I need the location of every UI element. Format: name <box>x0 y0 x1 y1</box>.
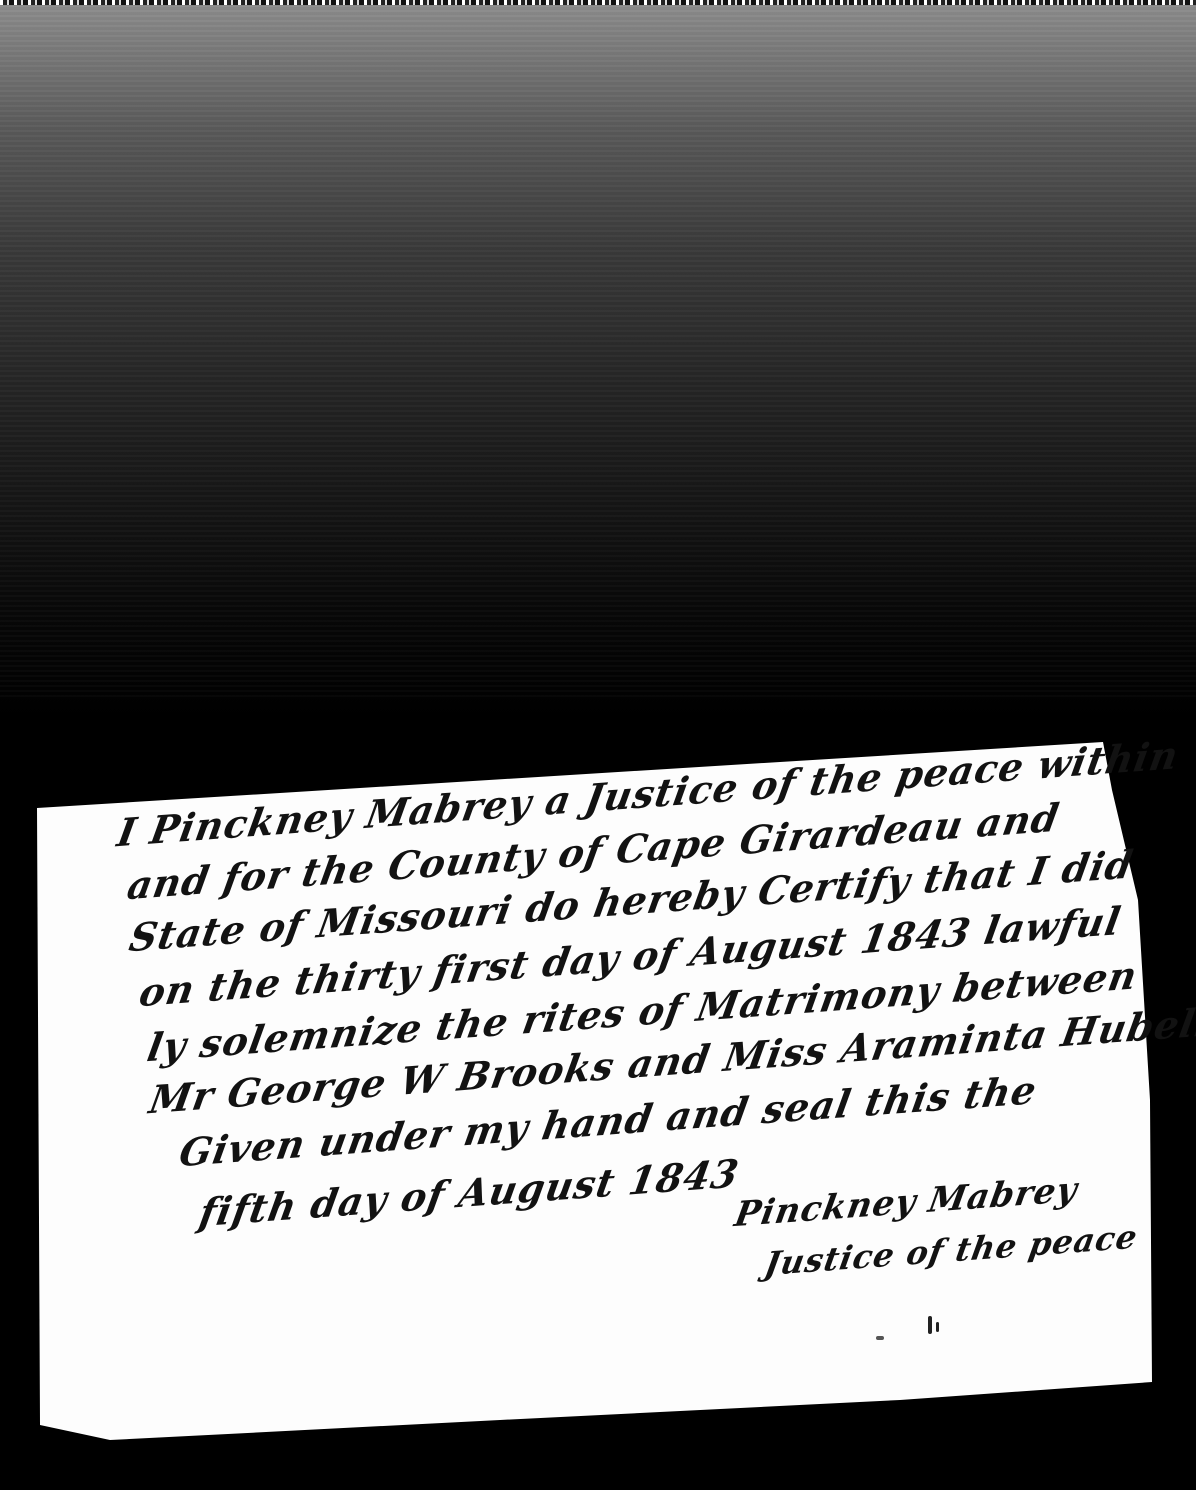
ink-blot <box>928 1316 932 1334</box>
scan-top-edge-noise <box>0 0 1196 5</box>
ink-blot <box>936 1322 939 1332</box>
ink-blot <box>876 1336 884 1340</box>
scan-background-streaks <box>0 0 1196 700</box>
